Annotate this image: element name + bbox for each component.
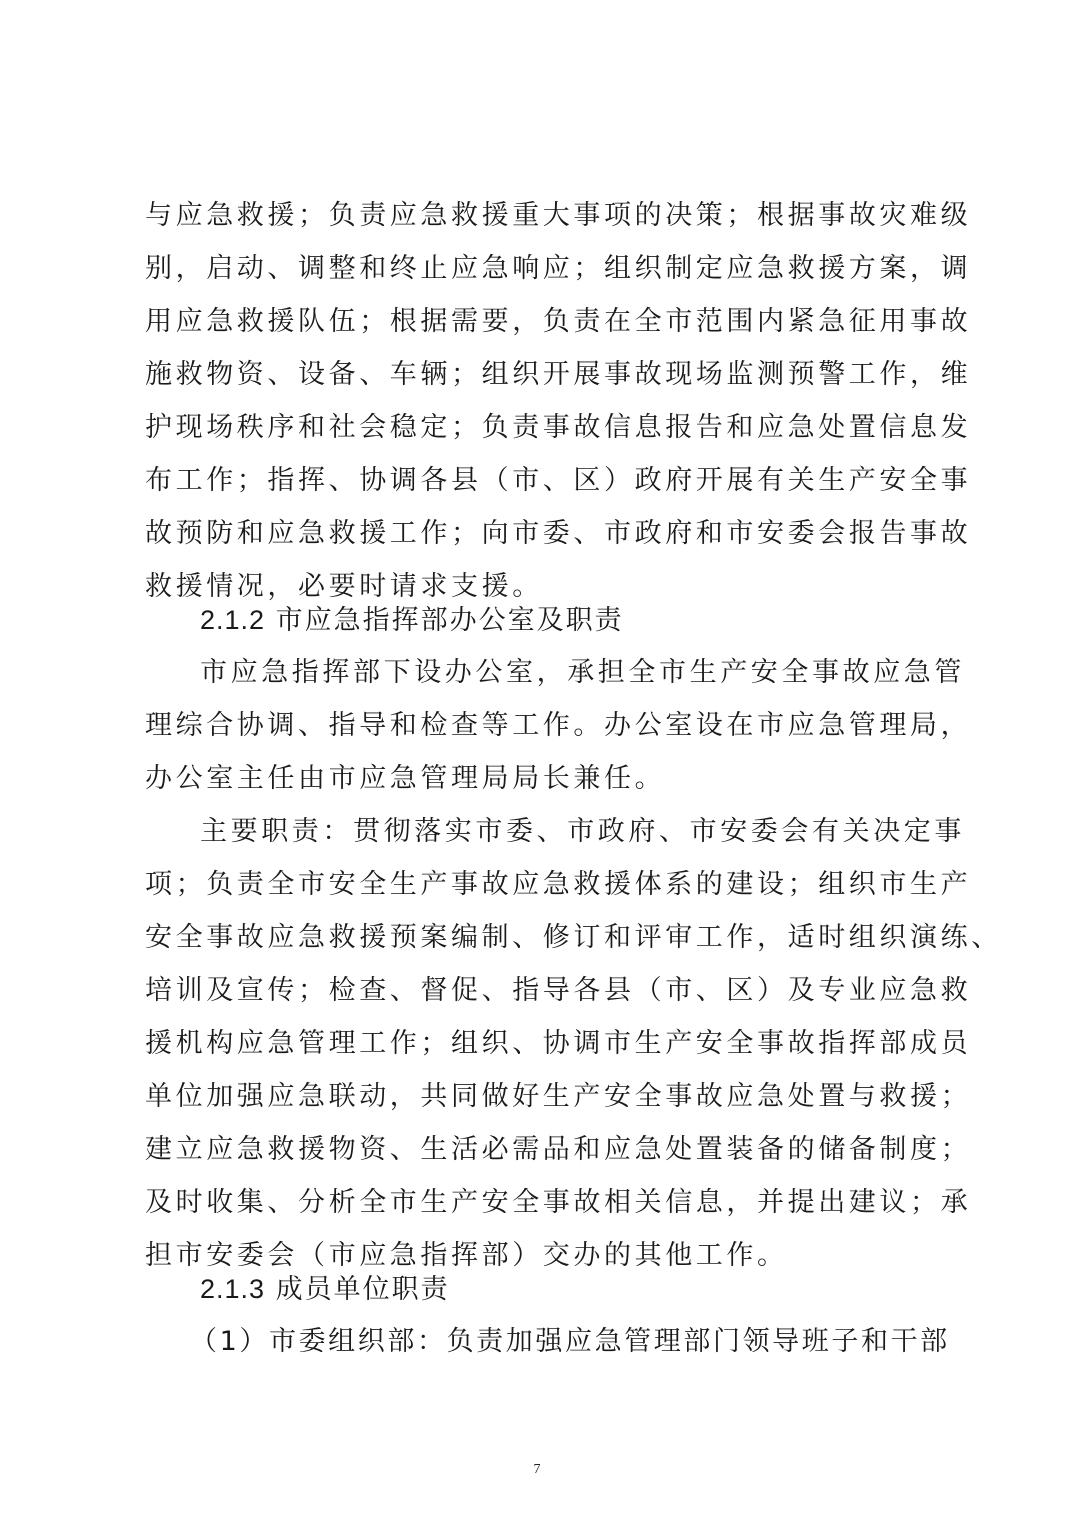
list-item-number: （1） — [190, 1326, 269, 1357]
text-line: 故预防和应急救援工作；向市委、市政府和市安委会报告事故 — [145, 514, 935, 554]
text-line: 与应急救援；负责应急救援重大事项的决策；根据事故灾难级 — [145, 196, 935, 236]
list-item-1: （1）市委组织部：负责加强应急管理部门领导班子和干部 — [190, 1322, 935, 1362]
paragraph-line: 培训及宣传；检查、督促、指导各县（市、区）及专业应急救 — [145, 971, 935, 1011]
list-item-text: 市委组织部：负责加强应急管理部门领导班子和干部 — [269, 1326, 950, 1357]
paragraph-line: 及时收集、分析全市生产安全事故相关信息，并提出建议；承 — [145, 1183, 935, 1223]
section-title: 市应急指挥部办公室及职责 — [276, 605, 624, 636]
paragraph-line: 市应急指挥部下设办公室，承担全市生产安全事故应急管 — [200, 653, 935, 693]
section-title: 成员单位职责 — [276, 1274, 450, 1305]
section-number: 2.1.2 — [200, 605, 265, 635]
paragraph-line: 安全事故应急救援预案编制、修订和评审工作，适时组织演练、 — [145, 918, 935, 958]
text-line: 护现场秩序和社会稳定；负责事故信息报告和应急处置信息发 — [145, 408, 935, 448]
document-page: 与应急救援；负责应急救援重大事项的决策；根据事故灾难级 别，启动、调整和终止应急… — [0, 0, 1074, 1520]
page-number: 7 — [0, 1462, 1074, 1478]
paragraph-line: 建立应急救援物资、生活必需品和应急处置装备的储备制度； — [145, 1130, 935, 1170]
section-heading-2-1-3: 2.1.3 成员单位职责 — [200, 1269, 935, 1309]
paragraph-line: 项；负责全市安全生产事故应急救援体系的建设；组织市生产 — [145, 865, 935, 905]
section-heading-2-1-2: 2.1.2 市应急指挥部办公室及职责 — [200, 600, 935, 640]
paragraph-line: 主要职责：贯彻落实市委、市政府、市安委会有关决定事 — [200, 812, 935, 852]
paragraph-line: 援机构应急管理工作；组织、协调市生产安全事故指挥部成员 — [145, 1024, 935, 1064]
text-line: 用应急救援队伍；根据需要，负责在全市范围内紧急征用事故 — [145, 302, 935, 342]
section-number: 2.1.3 — [200, 1274, 265, 1304]
paragraph-line: 单位加强应急联动，共同做好生产安全事故应急处置与救援； — [145, 1077, 935, 1117]
text-line: 施救物资、设备、车辆；组织开展事故现场监测预警工作，维 — [145, 355, 935, 395]
paragraph-line: 办公室主任由市应急管理局局长兼任。 — [145, 759, 935, 799]
text-line: 布工作；指挥、协调各县（市、区）政府开展有关生产安全事 — [145, 461, 935, 501]
paragraph-line: 理综合协调、指导和检查等工作。办公室设在市应急管理局， — [145, 706, 935, 746]
text-line: 别，启动、调整和终止应急响应；组织制定应急救援方案，调 — [145, 249, 935, 289]
